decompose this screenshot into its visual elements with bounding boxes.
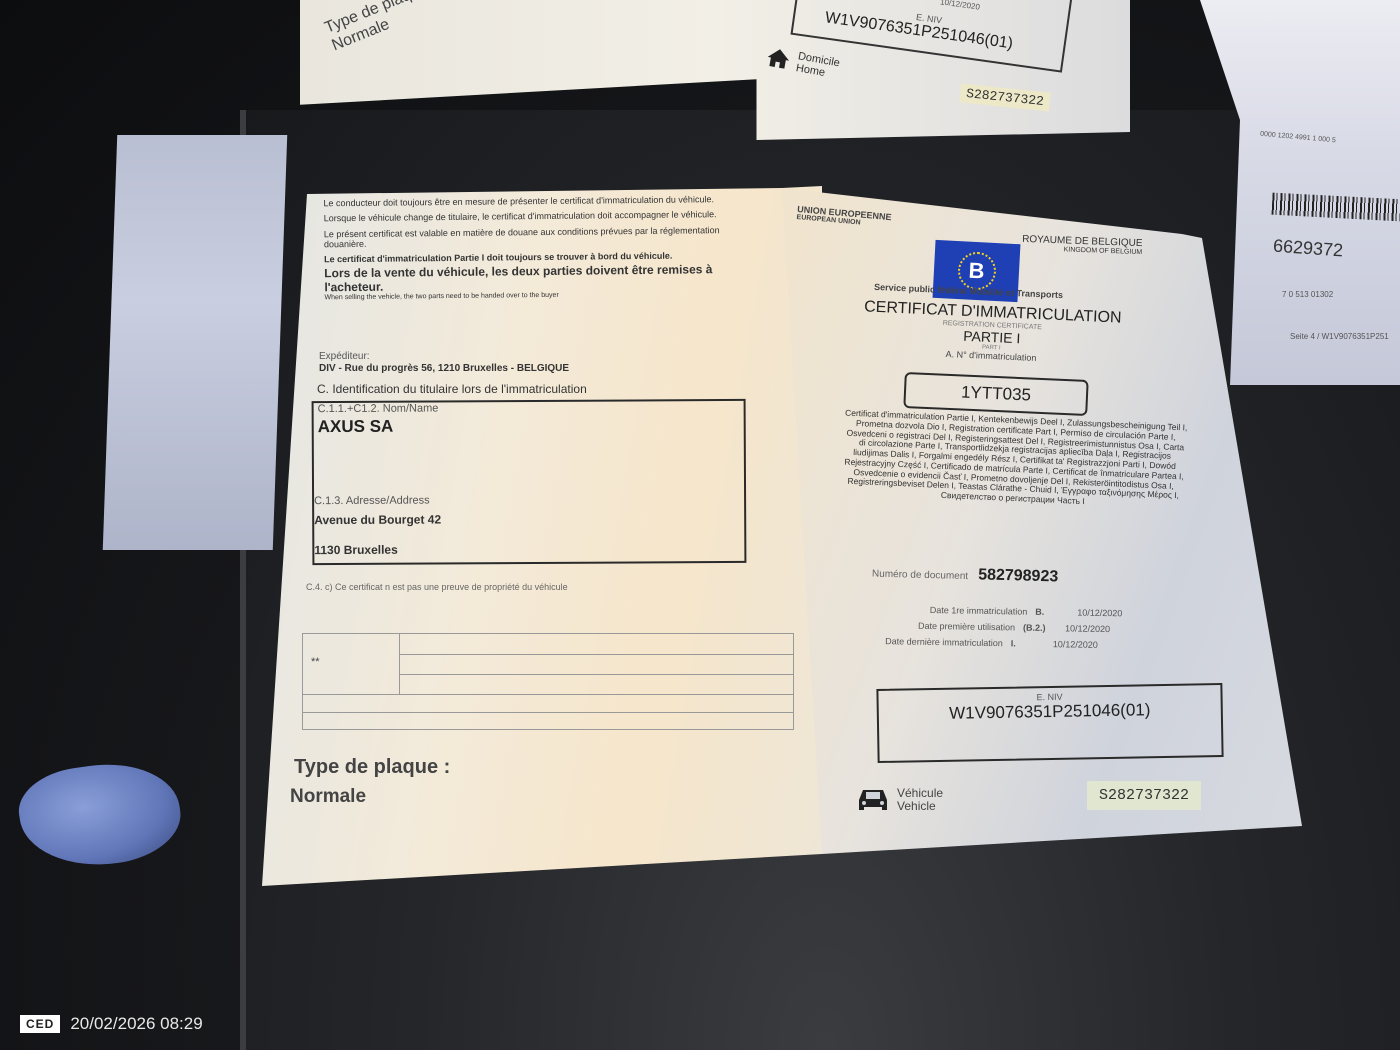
holder-heading: C. Identification du titulaire lors de l… <box>317 382 587 396</box>
date-label: Date dernière immatriculation <box>853 636 1003 649</box>
date-row: Date dernière immatriculationI.10/12/202… <box>853 636 1122 651</box>
dates-table: Date 1re immatriculationB.10/12/2020Date… <box>857 604 1123 657</box>
ownership-note: C.4. c) Ce certificat n est pas une preu… <box>306 582 568 592</box>
date-code: B. <box>1035 607 1069 618</box>
certificate-left-panel: Le conducteur doit toujours être en mesu… <box>262 186 822 886</box>
date-value: 10/12/2020 <box>1053 639 1098 650</box>
stars: ** <box>311 656 320 668</box>
right-footer-line: Seite 4 / W1V9076351P251 <box>1290 332 1389 341</box>
plate-type-value: Normale <box>290 786 366 808</box>
address-label: C.1.3. Adresse/Address <box>314 495 430 508</box>
notice-1: Le conducteur doit toujours être en mesu… <box>323 194 763 209</box>
document-number-label: Numéro de document <box>872 569 968 583</box>
address-line-2: 1130 Bruxelles <box>314 543 397 557</box>
name-label: C.1.1.+C1.2. Nom/Name <box>318 402 439 415</box>
name-value: AXUS SA <box>318 417 394 437</box>
location-text: Domicile Home <box>795 50 841 81</box>
date-row: Date première utilisation(B.2.)10/12/202… <box>865 620 1122 634</box>
white-paper-strip <box>103 135 287 550</box>
plate-type-label: Type de plaque : <box>294 756 450 779</box>
address-line-1: Avenue du Bourget 42 <box>314 512 441 527</box>
vehicle-label: Véhicule Vehicle <box>857 786 943 814</box>
top-location: Domicile Home <box>763 44 841 82</box>
notices: Le conducteur doit toujours être en mesu… <box>323 194 764 303</box>
notice-3: Le présent certificat est valable en mat… <box>324 224 764 249</box>
document-number: 582798923 <box>978 566 1059 586</box>
crumpled-blue-paper <box>14 754 186 875</box>
sender-label: Expéditeur: <box>319 351 370 362</box>
country-label: ROYAUME DE BELGIQUE KINGDOM OF BELGIUM <box>1022 234 1143 256</box>
top-plate-type: Type de plaque : Normale <box>322 0 446 56</box>
holder-box: C.1.1.+C1.2. Nom/Name AXUS SA C.1.3. Adr… <box>312 399 747 565</box>
serial-number: S282737322 <box>1087 781 1201 810</box>
home-icon <box>763 44 793 74</box>
ced-logo: CED <box>20 1015 60 1033</box>
date-code: I. <box>1011 638 1045 649</box>
car-icon <box>857 786 889 814</box>
blank-lines-area: ** <box>302 633 794 730</box>
notice-2: Lorsque le véhicule change de titulaire,… <box>324 209 764 224</box>
registration-number: 1YTT035 <box>961 382 1032 405</box>
vehicle-text: Véhicule Vehicle <box>897 787 943 812</box>
vehicle-en: Vehicle <box>897 800 943 813</box>
multilingual-titles: Certificat d'immatriculation Partie I, K… <box>840 409 1189 512</box>
registration-number-box: 1YTT035 <box>903 372 1088 416</box>
registration-certificate: Le conducteur doit toujours être en mesu… <box>262 186 1302 886</box>
timestamp: 20/02/2026 08:29 <box>70 1014 202 1034</box>
timestamp-overlay: CED 20/02/2026 08:29 <box>20 1014 203 1034</box>
date-value: 10/12/2020 <box>1065 623 1110 634</box>
certificate-right-panel: UNION EUROPEENNE EUROPEAN UNION B ROYAUM… <box>782 186 1302 856</box>
union-label: UNION EUROPEENNE EUROPEAN UNION <box>796 204 892 229</box>
document-number-row: Numéro de document 582798923 <box>872 564 1059 587</box>
date-label: Date 1re immatriculation <box>877 604 1027 617</box>
vin-box: E. NIV W1V9076351P251046(01) <box>876 683 1223 763</box>
sender-value: DIV - Rue du progrès 56, 1210 Bruxelles … <box>319 363 569 374</box>
date-value: 10/12/2020 <box>1077 608 1122 619</box>
date-label: Date première utilisation <box>865 620 1015 633</box>
date-row: Date 1re immatriculationB.10/12/2020 <box>877 604 1122 618</box>
title-block: CERTIFICAT D'IMMATRICULATION REGISTRATIO… <box>841 297 1143 367</box>
top-serial: S282737322 <box>959 83 1051 111</box>
right-small-line-1: 0000 1202 4991 1 000 5 <box>1260 131 1336 145</box>
date-code: (B.2.) <box>1023 623 1057 634</box>
